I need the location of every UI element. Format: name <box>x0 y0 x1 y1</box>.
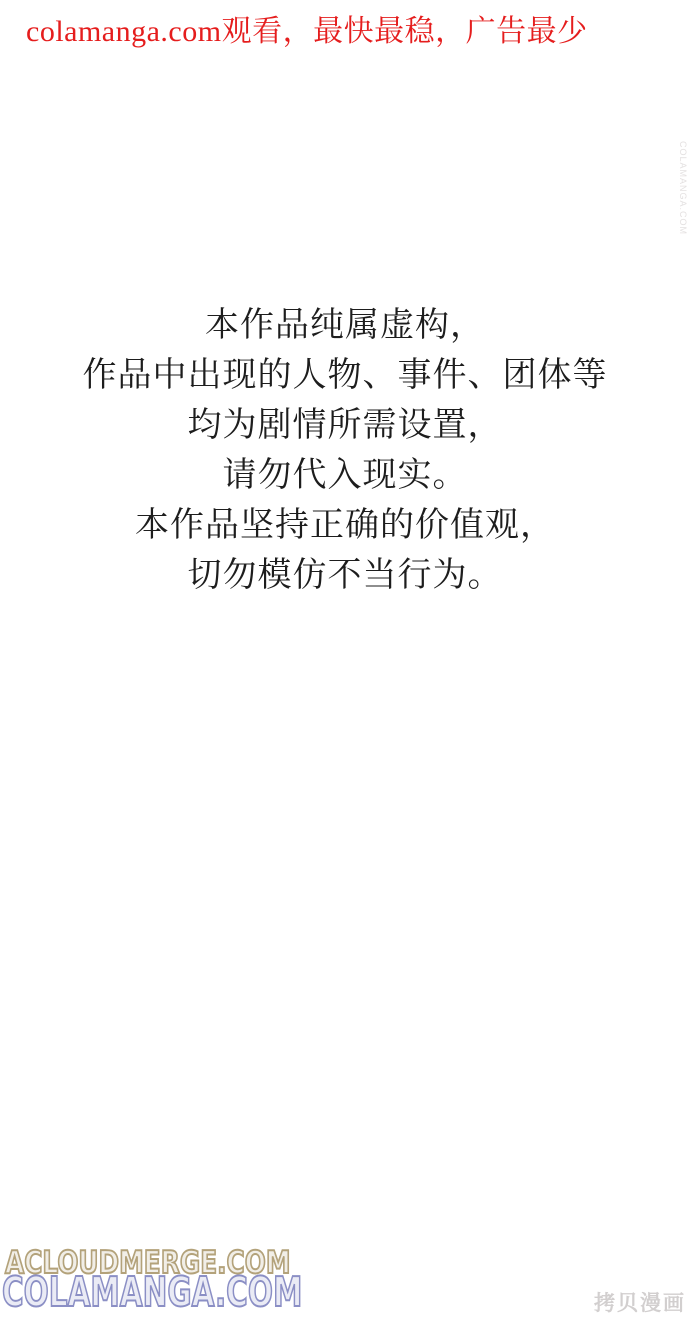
promo-text: colamanga.com观看，最快最稳，广告最少 <box>26 13 676 51</box>
disclaimer-line: 均为剧情所需设置， <box>0 400 690 450</box>
disclaimer-line: 请勿代入现实。 <box>0 450 690 500</box>
comic-page: colamanga.com观看，最快最稳，广告最少 COLAMANGA.COM … <box>0 0 690 1320</box>
disclaimer-line: 作品中出现的人物、事件、团体等 <box>0 350 690 400</box>
disclaimer-line: 切勿模仿不当行为。 <box>0 550 690 600</box>
side-watermark: COLAMANGA.COM <box>678 141 688 235</box>
copy-manga-watermark: 拷贝漫画 <box>594 1292 686 1315</box>
watermark-colamanga: COLAMANGA.COM <box>2 1272 302 1313</box>
disclaimer-line: 本作品纯属虚构， <box>0 300 690 350</box>
disclaimer-block: 本作品纯属虚构， 作品中出现的人物、事件、团体等 均为剧情所需设置， 请勿代入现… <box>0 300 690 600</box>
disclaimer-line: 本作品坚持正确的价值观， <box>0 500 690 550</box>
